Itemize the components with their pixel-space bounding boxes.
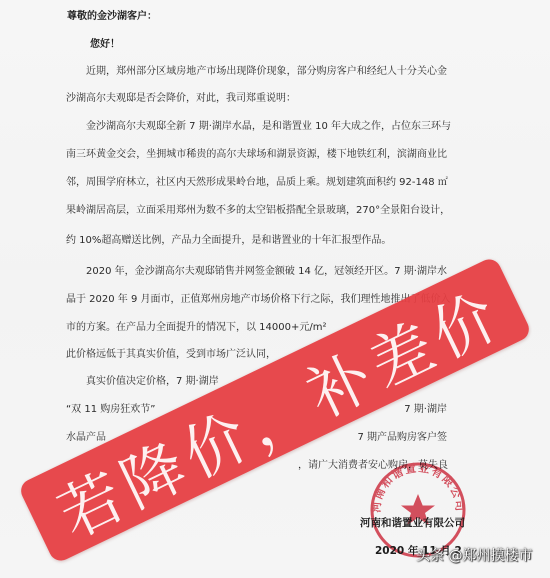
paragraph-line: 近期，郑州部分区域房地产市场出现降价现象，部分购房客户和经纪人十分关心金 — [86, 65, 447, 79]
paragraph-line: 真实价值决定价格，7 期·湖岸 — [86, 375, 219, 389]
watermark: 头条 @郑州摸楼市 — [416, 547, 532, 565]
signature-company: 河南和谐置业有限公司 — [360, 515, 465, 530]
paragraph-line-left: 水晶产品 — [66, 431, 106, 445]
paragraph-line: 市的方案。在产品力全面提升的情况下，以 14000+元/m² — [66, 321, 327, 335]
paragraph-line: 南三环黄金交会，坐拥城市稀贵的高尔夫球场和湖景资源，楼下地铁红利，滨湖商业比 — [66, 148, 447, 162]
paragraph-line: 金沙湖高尔夫观邸全新 7 期·湖岸水晶，是和谐置业 10 年大成之作，占位东三环… — [86, 120, 447, 134]
paragraph-line: 邻，周围学府林立，社区内天然形成果岭台地，品质上乘。规划建筑面积约 92-148… — [66, 176, 447, 190]
paragraph-line: 2020 年，金沙湖高尔夫观邸销售并网签金额破 14 亿，冠领经开区。7 期·湖… — [86, 265, 447, 279]
greeting: 您好！ — [90, 38, 120, 52]
paragraph-line: 沙湖高尔夫观邸是否会降价，对此，我司郑重说明： — [66, 92, 296, 106]
paragraph-line: 此价格远低于其真实价值，受到市场广泛认同， — [66, 348, 276, 362]
paragraph-line: 果岭湖居高层，立面采用郑州为数不多的太空铝板搭配全景玻璃，270°全景阳台设计， — [66, 204, 445, 218]
salutation: 尊敬的金沙湖客户： — [67, 10, 157, 24]
paragraph-line: 约 10%超高赠送比例，产品力全面提升，是和谐置业的十年汇报型作品。 — [66, 234, 391, 248]
paragraph-line-left: “双 11 购房狂欢节” — [66, 403, 155, 417]
